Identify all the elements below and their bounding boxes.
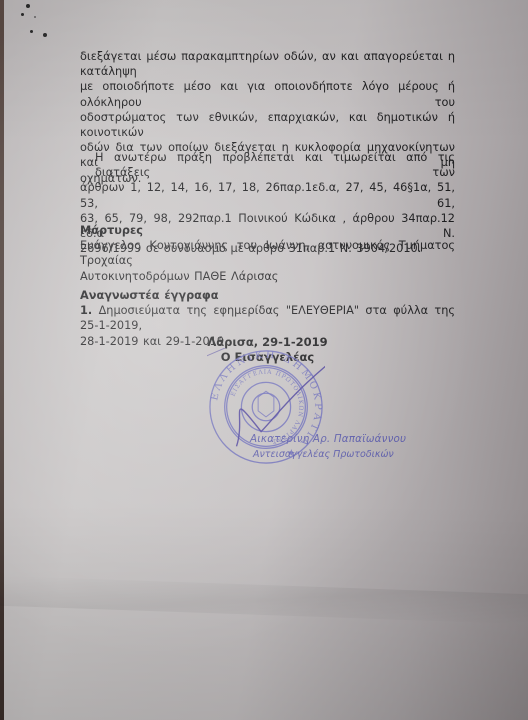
witness-line: Αυτοκινητοδρόμων ΠΑΘΕ Λάρισας	[80, 269, 455, 284]
witness-line: Ευάγγελος Κοντογιάννης του Ιωάννη, αστυν…	[80, 238, 455, 268]
place-date: Λάρισα, 29-1-2019	[80, 335, 455, 349]
witnesses-section: Μάρτυρες Ευάγγελος Κοντογιάννης του Ιωάν…	[80, 223, 455, 284]
signature-name: Αικατερίνη Αρ. Παπαϊωάννου	[250, 433, 406, 445]
item-number: 1.	[80, 304, 92, 317]
signature-title: Αντεισαγγελέας Πρωτοδικών	[253, 449, 394, 460]
item-text: Δημοσιεύματα της εφημερίδας "ΕΛΕΥΘΕΡΙΑ" …	[80, 304, 455, 332]
witnesses-heading: Μάρτυρες	[80, 223, 455, 238]
text-line: διεξάγεται μέσω παρακαμπτηρίων οδών, αν …	[80, 49, 455, 79]
text-line: Η ανωτέρω πράξη προβλέπεται και τιμωρείτ…	[80, 150, 455, 180]
text-line: με οποιοδήποτε μέσο και για οποιονδήποτε…	[80, 79, 455, 109]
readable-documents-heading: Αναγνωστέα έγγραφα	[80, 288, 455, 303]
page-edge	[0, 0, 4, 720]
text-line: άρθρων 1, 12, 14, 16, 17, 18, 26παρ.1εδ.…	[80, 180, 455, 210]
paper-fold	[0, 576, 528, 624]
text-line: οδοστρώματος των εθνικών, επαρχιακών, κα…	[80, 110, 455, 140]
readable-document-item: 1. Δημοσιεύματα της εφημερίδας "ΕΛΕΥΘΕΡΙ…	[80, 303, 455, 333]
